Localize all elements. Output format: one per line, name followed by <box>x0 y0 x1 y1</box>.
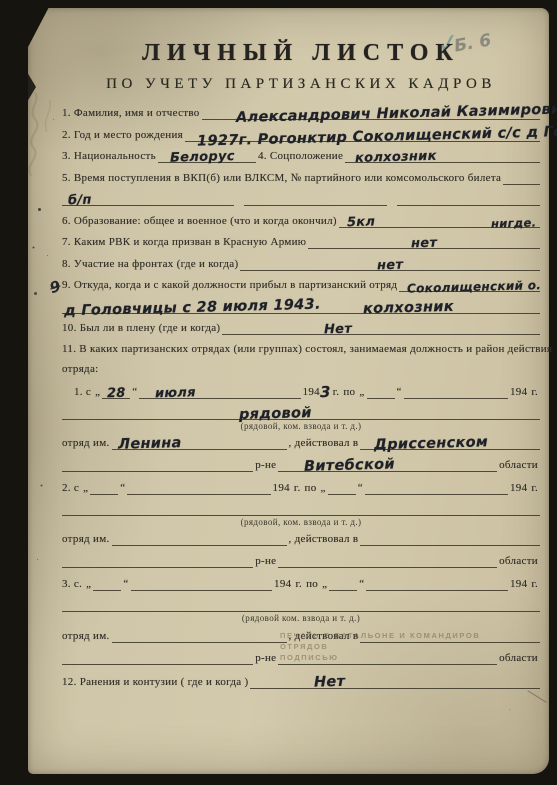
handwritten-value: нет <box>411 236 438 252</box>
service-entry-2-dates: 2. с „ “ 194г. по „ “ 194г. <box>62 480 540 495</box>
field-label: отряда: <box>62 363 99 376</box>
unit-label: отряд им. <box>62 437 110 450</box>
quote-open: „ <box>359 386 364 399</box>
unit-label: отряд им. <box>62 630 110 643</box>
field-party-membership-line2: б/п <box>62 191 540 206</box>
paper-torn-corner <box>27 7 49 49</box>
quote-open: „ <box>322 578 327 591</box>
handwritten-value: д Головчицы с 28 июля 1943. <box>62 296 321 319</box>
po-label: по <box>343 386 355 399</box>
handwritten-value: 5кл <box>339 214 376 230</box>
year-g: г. <box>531 578 538 591</box>
handwritten-region: Витебской <box>278 456 395 475</box>
bleed-through-ink <box>11 87 63 182</box>
service-entry-2-unit: отряд им. , действовал в <box>62 531 540 546</box>
field-full-name: 1. Фамилия, имя и отчество Александрович… <box>62 105 540 120</box>
rank-caption: (рядовой ком. взвода и т. д.) <box>62 613 540 623</box>
oblast-label: области <box>499 555 538 568</box>
year-g: г. <box>531 482 538 495</box>
field-draft-office: 7. Каким РВК и когда призван в Красную А… <box>62 234 540 249</box>
form-content: ЛИЧНЫЙ ЛИСТОК ПО УЧЕТУ ПАРТИЗАНСКИХ КАДР… <box>62 26 540 689</box>
handwritten-district: Дриссенском <box>360 434 488 453</box>
service-entry-1-dates: 1. с „ 28 “ июля 1943г. по „ “ 194г. <box>74 383 540 399</box>
field-pow: 10. Был ли в плену (где и когда) Нет <box>62 320 540 335</box>
handwritten-month: июля <box>139 385 196 401</box>
handwritten-value: нет <box>377 257 404 273</box>
field-label: 6. Образование: общее и военное (что и к… <box>62 215 337 228</box>
rank-caption: (рядовой, ком. взвода и т. д.) <box>62 517 540 527</box>
service-entry-2-rank-line <box>62 501 540 516</box>
margin-ink-mark: 9 <box>47 277 62 297</box>
faint-stamp-line1: ПЕЧАТЬ В БАТАЛЬОНЕ И КОМАНДИРОВ ОТРЯДОВ <box>280 630 516 652</box>
service-entry-1-region: р-не Витебской области <box>62 457 540 472</box>
handwritten-value: колхозник <box>363 298 454 316</box>
form-subtitle: ПО УЧЕТУ ПАРТИЗАНСКИХ КАДРОВ <box>62 76 540 93</box>
handwritten-year-digit: 3 <box>320 382 331 400</box>
handwritten-value: Соколищенский о. <box>399 278 542 296</box>
service-entry-3-rank-line <box>62 597 540 612</box>
handwritten-day: 28 <box>107 385 126 400</box>
field-nationality-social: 3. Национальность Белорус 4. Соцположени… <box>62 148 540 163</box>
quote-close: “ <box>132 386 137 399</box>
handwritten-value: Нет <box>324 322 353 338</box>
service-entry-1-rank-line: рядовой <box>62 405 540 420</box>
handwritten-value: б/п <box>62 193 92 209</box>
service-entry-1-unit: отряд им. Ленина , действовал в Дриссенс… <box>62 435 540 450</box>
year-printed: 194 <box>273 482 290 495</box>
service-entry-3-dates: 3. с. „ “ 194г. по „ “ 194г. <box>62 576 540 591</box>
faint-stamp-line2: ПОДПИСЬЮ <box>280 652 516 663</box>
field-label: 4. Соцположение <box>258 150 343 163</box>
handwritten-value: Нет <box>250 673 346 691</box>
quote-close: “ <box>120 482 125 495</box>
field-education: 6. Образование: общее и военное (что и к… <box>62 213 540 228</box>
handwritten-value: Александрович Николай Казимирович <box>201 101 557 127</box>
handwritten-value-right: нигде. <box>491 215 541 230</box>
field-units-heading: 11. В каких партизанских отрядах (или гр… <box>62 342 540 356</box>
quote-open: „ <box>321 482 326 495</box>
unit-label: отряд им. <box>62 533 110 546</box>
district-label: р-не <box>255 555 276 568</box>
year-g: г. <box>333 386 340 399</box>
handwritten-value: Белорус <box>158 149 235 166</box>
field-birth: 2. Год и место рождения 1927г. Рогонктир… <box>62 127 540 142</box>
entry-number: 1. с <box>74 386 91 399</box>
field-label: 10. Был ли в плену (где и когда) <box>62 322 220 335</box>
quote-close: “ <box>123 578 128 591</box>
oblast-label: области <box>499 459 538 472</box>
handwritten-value: колхозник <box>345 149 437 166</box>
quote-close: “ <box>358 482 363 495</box>
faint-stamp-text: ПЕЧАТЬ В БАТАЛЬОНЕ И КОМАНДИРОВ ОТРЯДОВ … <box>280 630 516 663</box>
quote-close: “ <box>397 386 402 399</box>
field-label: 11. В каких партизанских отрядах (или гр… <box>62 343 552 356</box>
field-front-service: 8. Участие на фронтах (где и когда) нет <box>62 256 540 271</box>
ink-specks <box>38 208 41 211</box>
handwritten-rank: рядовой <box>239 405 312 423</box>
field-units-heading-line2: отряда: <box>62 362 540 376</box>
year-g: г. <box>531 386 538 399</box>
year-g: г. <box>294 482 301 495</box>
field-label: 12. Ранения и контузии ( где и когда ) <box>62 676 248 689</box>
field-label: 7. Каким РВК и когда призван в Красную А… <box>62 236 306 249</box>
entry-number: 3. с. <box>62 578 82 591</box>
form-body: 1. Фамилия, имя и отчество Александрович… <box>62 105 540 689</box>
district-label: р-не <box>255 652 276 665</box>
year-printed: 194 <box>510 386 527 399</box>
district-label: р-не <box>255 459 276 472</box>
field-label: 2. Год и место рождения <box>62 129 183 142</box>
field-arrival-origin-line2: д Головчицы с 28 июля 1943.колхозник <box>62 299 540 314</box>
field-label: 5. Время поступления в ВКП(б) или ВЛКСМ,… <box>62 172 501 185</box>
scanned-document-view: ✓Б. 6 9 ЛИЧНЫЙ ЛИСТОК ПО УЧЕТУ ПАРТИЗАНС… <box>0 0 557 785</box>
entry-number: 2. с <box>62 482 79 495</box>
paper-scratch <box>527 690 546 703</box>
form-paper: ✓Б. 6 9 ЛИЧНЫЙ ЛИСТОК ПО УЧЕТУ ПАРТИЗАНС… <box>28 8 549 774</box>
quote-close: “ <box>359 578 364 591</box>
field-label: 3. Национальность <box>62 150 156 163</box>
field-party-membership: 5. Время поступления в ВКП(б) или ВЛКСМ,… <box>62 170 540 185</box>
year-printed: 194 <box>510 482 527 495</box>
year-printed: 194 <box>510 578 527 591</box>
acted-label: , действовал в <box>289 533 359 546</box>
service-entry-2-region: р-не области <box>62 553 540 568</box>
field-arrival-origin: 9. Откуда, когда и с какой должности при… <box>62 277 540 292</box>
quote-open: „ <box>95 386 100 399</box>
quote-open: „ <box>83 482 88 495</box>
year-printed: 194 <box>274 578 291 591</box>
handwritten-unit: Ленина <box>111 435 181 453</box>
acted-label: , действовал в <box>289 437 359 450</box>
field-label: 9. Откуда, когда и с какой должности при… <box>62 279 397 292</box>
field-wounds: 12. Ранения и контузии ( где и когда ) Н… <box>62 674 540 689</box>
quote-open: „ <box>86 578 91 591</box>
field-label: 8. Участие на фронтах (где и когда) <box>62 258 238 271</box>
rank-caption: (рядовой, ком. взвода и т. д.) <box>62 421 540 431</box>
year-g: г. <box>295 578 302 591</box>
form-title: ЛИЧНЫЙ ЛИСТОК <box>62 40 540 67</box>
po-label: по <box>306 578 318 591</box>
year-printed: 194 <box>303 386 320 399</box>
field-label: 1. Фамилия, имя и отчество <box>62 107 200 120</box>
po-label: по <box>305 482 317 495</box>
